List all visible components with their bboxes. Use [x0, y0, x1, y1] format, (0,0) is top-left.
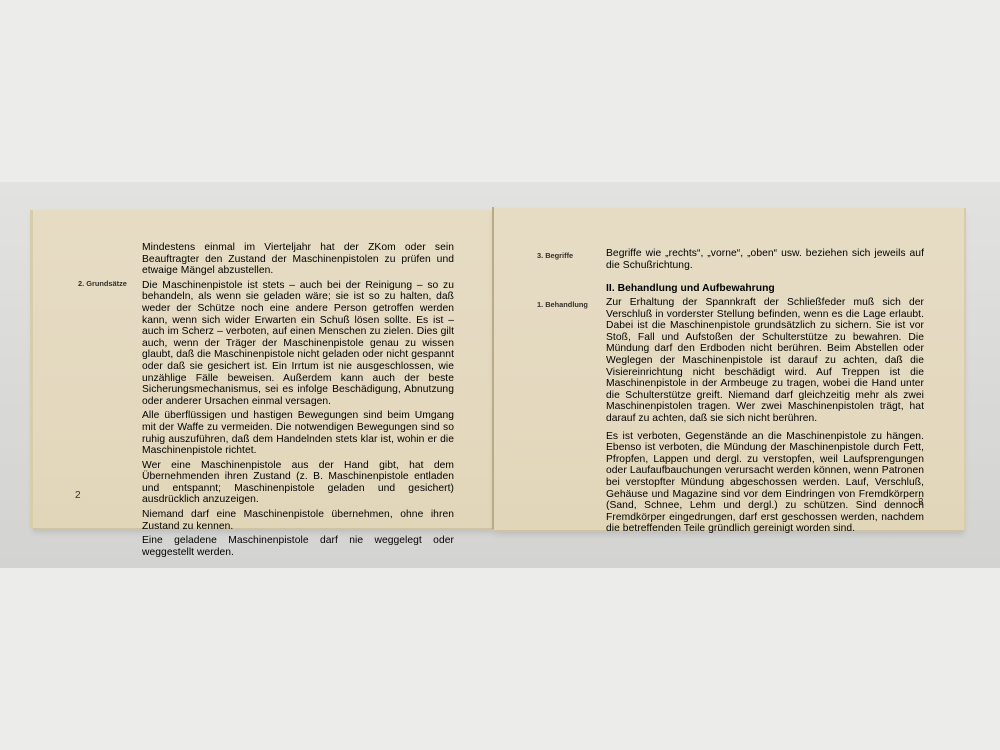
- right-page-text: Zur Erhaltung der Spannkraft der Schließ…: [606, 297, 924, 538]
- section-label-behandlung: 1. Behandlung: [537, 300, 588, 309]
- paragraph: Wer eine Maschinenpistole aus der Hand g…: [142, 460, 454, 506]
- paragraph: Die Maschinenpistole ist stets – auch be…: [142, 280, 454, 408]
- intro-paragraph: Mindestens einmal im Vierteljahr hat der…: [142, 242, 454, 277]
- paragraph: Niemand darf eine Maschinenpistole übern…: [142, 509, 454, 532]
- paragraph: Es ist verboten, Gegenstände an die Masc…: [606, 431, 924, 535]
- paragraph: Eine geladene Maschinenpistole darf nie …: [142, 535, 454, 558]
- section-label-begriffe: 3. Begriffe: [537, 251, 573, 260]
- paragraph: Zur Erhaltung der Spannkraft der Schließ…: [606, 297, 924, 425]
- page-number-right: 3: [918, 497, 924, 508]
- page-number-left: 2: [75, 490, 81, 501]
- left-page-text: Mindestens einmal im Vierteljahr hat der…: [142, 242, 454, 561]
- chapter-heading-block: II. Behandlung und Aufbewahrung: [606, 283, 924, 298]
- section-label-grundsaetze: 2. Grundsätze: [78, 279, 127, 288]
- terms-text: Begriffe wie „rechts“, „vorne“, „oben“ u…: [606, 248, 924, 274]
- terms-paragraph: Begriffe wie „rechts“, „vorne“, „oben“ u…: [606, 248, 924, 271]
- paragraph: Alle überflüssigen und hastigen Bewegung…: [142, 410, 454, 456]
- chapter-heading: II. Behandlung und Aufbewahrung: [606, 283, 924, 295]
- book-spine: [492, 207, 494, 529]
